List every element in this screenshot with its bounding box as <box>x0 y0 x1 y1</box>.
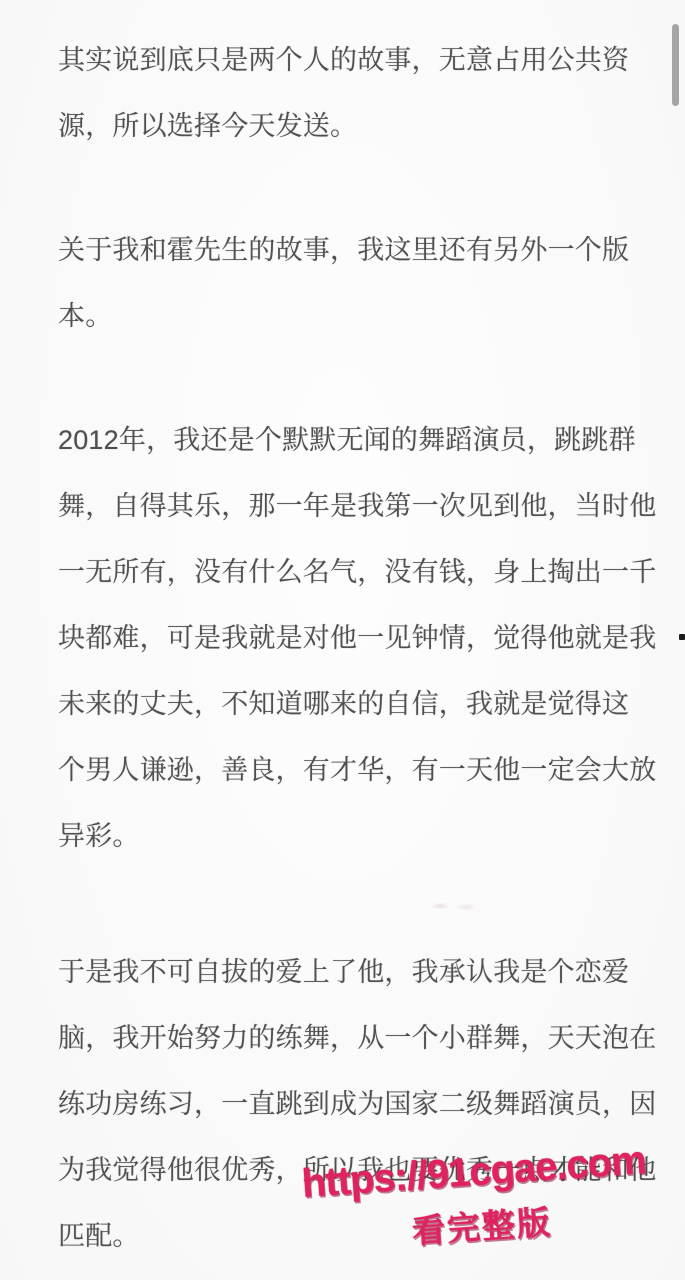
text-line: 一无所有，没有什么名气，没有钱，身上掏出一千 <box>58 536 636 602</box>
document-content: 其实说到底只是两个人的故事，无意占用公共资源，所以选择今天发送。关于我和霍先生的… <box>58 24 636 1266</box>
text-line: 关于我和霍先生的故事，我这里还有另外一个版 <box>58 214 636 280</box>
text-line: 于是我不可自拔的爱上了他，我承认我是个恋爱 <box>58 936 636 1002</box>
screenshot-root: { "page": { "background_color": "#fbfbfb… <box>0 0 685 1280</box>
text-line: 源，所以选择今天发送。 <box>58 90 636 156</box>
text-line: 练功房练习，一直跳到成为国家二级舞蹈演员，因 <box>58 1068 636 1134</box>
text-line: 匹配。 <box>58 1200 636 1266</box>
text-line: 其实说到底只是两个人的故事，无意占用公共资 <box>58 24 636 90</box>
text-line: 脑，我开始努力的练舞，从一个小群舞，天天泡在 <box>58 1002 636 1068</box>
paragraph: 于是我不可自拔的爱上了他，我承认我是个恋爱脑，我开始努力的练舞，从一个小群舞，天… <box>58 936 636 1266</box>
text-line: 舞，自得其乐，那一年是我第一次见到他，当时他 <box>58 470 636 536</box>
scrollbar-thumb[interactable] <box>672 24 679 106</box>
paragraph: 2012年，我还是个默默无闻的舞蹈演员，跳跳群舞，自得其乐，那一年是我第一次见到… <box>58 404 636 866</box>
text-line: 为我觉得他很优秀，所以我也要优秀一点才能和他 <box>58 1134 636 1200</box>
paragraph: 其实说到底只是两个人的故事，无意占用公共资源，所以选择今天发送。 <box>58 24 636 156</box>
ink-speck-artifact <box>679 634 685 640</box>
paragraph: 关于我和霍先生的故事，我这里还有另外一个版本。 <box>58 214 636 346</box>
text-line: 个男人谦逊，善良，有才华，有一天他一定会大放 <box>58 734 636 800</box>
text-line: 本。 <box>58 280 636 346</box>
text-line: 2012年，我还是个默默无闻的舞蹈演员，跳跳群 <box>58 404 636 470</box>
text-line: 异彩。 <box>58 800 636 866</box>
text-line: 未来的丈夫，不知道哪来的自信，我就是觉得这 <box>58 668 636 734</box>
photo-smudge-artifact <box>428 898 486 914</box>
text-line: 块都难，可是我就是对他一见钟情，觉得他就是我 <box>58 602 636 668</box>
